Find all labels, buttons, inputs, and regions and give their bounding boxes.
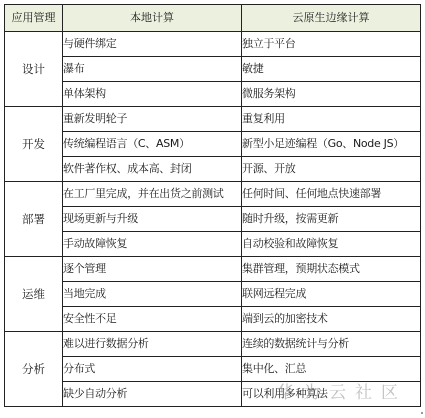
table-row: 当地完成 联网远程完成 bbox=[5, 282, 421, 307]
table-row: 运维 逐个管理 集群管理，预期状态模式 bbox=[5, 257, 421, 282]
cloud-cell: 自动校验和故障恢复 bbox=[242, 232, 421, 257]
table-row: 部署 在工厂里完成，并在出货之前测试 任何时间、任何地点快速部署 bbox=[5, 182, 421, 207]
table-row: 传统编程语言（C、ASM） 新型小足迹编程（Go、Node JS） bbox=[5, 132, 421, 157]
comparison-table: 应用管理 本地计算 云原生边缘计算 设计 与硬件绑定 独立于平台 瀑布 敏捷 单… bbox=[4, 4, 421, 407]
cloud-cell: 集中化、汇总 bbox=[242, 357, 421, 382]
local-cell: 现场更新与升级 bbox=[63, 207, 242, 232]
table-row: 缺少自动分析 可以利用多种算法 bbox=[5, 382, 421, 407]
cloud-cell: 敏捷 bbox=[242, 57, 421, 82]
cloud-cell: 可以利用多种算法 bbox=[242, 382, 421, 407]
cloud-cell: 开源、开放 bbox=[242, 157, 421, 182]
local-cell: 安全性不足 bbox=[63, 307, 242, 332]
category-operations: 运维 bbox=[5, 257, 63, 332]
local-cell: 在工厂里完成，并在出货之前测试 bbox=[63, 182, 242, 207]
category-development: 开发 bbox=[5, 107, 63, 182]
table-row: 单体架构 微服务架构 bbox=[5, 82, 421, 107]
local-cell: 瀑布 bbox=[63, 57, 242, 82]
local-cell: 分布式 bbox=[63, 357, 242, 382]
table-row: 分布式 集中化、汇总 bbox=[5, 357, 421, 382]
table-row: 安全性不足 端到云的加密技术 bbox=[5, 307, 421, 332]
table-row: 设计 与硬件绑定 独立于平台 bbox=[5, 32, 421, 57]
header-local-computing: 本地计算 bbox=[63, 5, 242, 32]
cloud-cell: 连续的数据统计与分析 bbox=[242, 332, 421, 357]
cloud-cell: 微服务架构 bbox=[242, 82, 421, 107]
cloud-cell: 集群管理，预期状态模式 bbox=[242, 257, 421, 282]
table-row: 现场更新与升级 随时升级，按需更新 bbox=[5, 207, 421, 232]
header-app-management: 应用管理 bbox=[5, 5, 63, 32]
cloud-cell: 端到云的加密技术 bbox=[242, 307, 421, 332]
category-design: 设计 bbox=[5, 32, 63, 107]
cloud-cell: 任何时间、任何地点快速部署 bbox=[242, 182, 421, 207]
local-cell: 重新发明轮子 bbox=[63, 107, 242, 132]
local-cell: 传统编程语言（C、ASM） bbox=[63, 132, 242, 157]
local-cell: 单体架构 bbox=[63, 82, 242, 107]
category-analysis: 分析 bbox=[5, 332, 63, 407]
local-cell: 与硬件绑定 bbox=[63, 32, 242, 57]
header-row: 应用管理 本地计算 云原生边缘计算 bbox=[5, 5, 421, 32]
local-cell: 手动故障恢复 bbox=[63, 232, 242, 257]
category-deployment: 部署 bbox=[5, 182, 63, 257]
local-cell: 当地完成 bbox=[63, 282, 242, 307]
cloud-cell: 独立于平台 bbox=[242, 32, 421, 57]
table-row: 瀑布 敏捷 bbox=[5, 57, 421, 82]
table-row: 开发 重新发明轮子 重复利用 bbox=[5, 107, 421, 132]
table-row: 分析 难以进行数据分析 连续的数据统计与分析 bbox=[5, 332, 421, 357]
cloud-cell: 重复利用 bbox=[242, 107, 421, 132]
corner-mark bbox=[421, 412, 423, 414]
table-row: 软件著作权、成本高、封闭 开源、开放 bbox=[5, 157, 421, 182]
local-cell: 难以进行数据分析 bbox=[63, 332, 242, 357]
local-cell: 软件著作权、成本高、封闭 bbox=[63, 157, 242, 182]
cloud-cell: 随时升级，按需更新 bbox=[242, 207, 421, 232]
cloud-cell: 新型小足迹编程（Go、Node JS） bbox=[242, 132, 421, 157]
local-cell: 逐个管理 bbox=[63, 257, 242, 282]
header-cloud-native-edge: 云原生边缘计算 bbox=[242, 5, 421, 32]
cloud-cell: 联网远程完成 bbox=[242, 282, 421, 307]
local-cell: 缺少自动分析 bbox=[63, 382, 242, 407]
table-row: 手动故障恢复 自动校验和故障恢复 bbox=[5, 232, 421, 257]
